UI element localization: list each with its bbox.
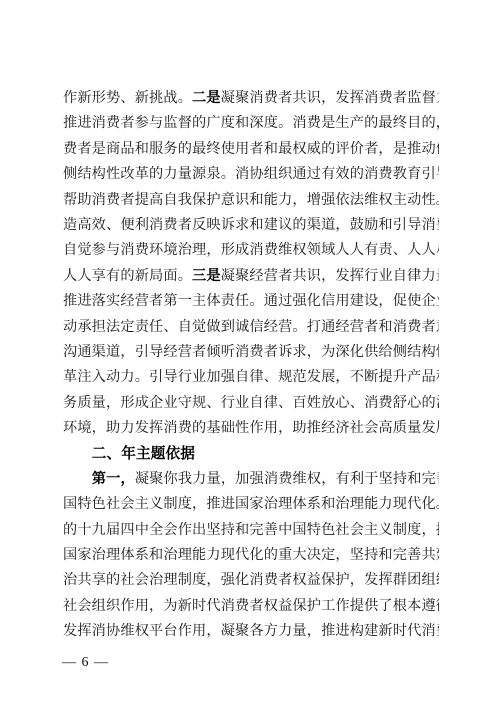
text-segment: 的十九届四中全会作出坚持和完善中国特色社会主义制度，推进 (63, 522, 439, 538)
text-line: 国特色社会主义制度，推进国家治理体系和治理能力现代化。党 (63, 492, 439, 517)
emphasis-text: 三是 (192, 268, 221, 284)
text-segment: 造高效、便利消费者反映诉求和建议的渠道，鼓励和引导消费者 (63, 217, 439, 233)
text-line: 环境，助力发挥消费的基础性作用，助推经济社会高质量发展。 (63, 416, 439, 441)
document-page: 作新形势、新挑战。二是凝聚消费者共识，发挥消费者监督力量，推进消费者参与监督的广… (0, 0, 500, 707)
text-segment: 人人享有的新局面。 (63, 268, 192, 284)
text-segment: 革注入动力。引导行业加强自律、规范发展，不断提升产品和服 (63, 369, 439, 385)
text-segment: 凝聚消费者共识，发挥消费者监督力量， (221, 90, 439, 106)
text-segment: 社会组织作用，为新时代消费者权益保护工作提供了根本遵循。 (63, 598, 439, 614)
text-line: 国家治理体系和治理能力现代化的重大决定，坚持和完善共建共 (63, 543, 439, 568)
text-segment: 务质量，形成企业守规、行业自律、百姓放心、消费舒心的消费 (63, 395, 439, 411)
text-line: 侧结构性改革的力量源泉。消协组织通过有效的消费教育引导， (63, 162, 439, 187)
text-segment: 自觉参与消费环境治理，形成消费维权领域人人有责、人人尽责、 (63, 242, 439, 258)
section-heading: 二、年主题依据 (63, 441, 439, 466)
text-line: 革注入动力。引导行业加强自律、规范发展，不断提升产品和服 (63, 365, 439, 390)
text-line: 造高效、便利消费者反映诉求和建议的渠道，鼓励和引导消费者 (63, 213, 439, 238)
emphasis-text: 二是 (192, 90, 221, 106)
text-segment: 沟通渠道，引导经营者倾听消费者诉求，为深化供给侧结构性改 (63, 344, 439, 360)
text-line: 帮助消费者提高自我保护意识和能力，增强依法维权主动性。打 (63, 188, 439, 213)
text-segment: 凝聚你我力量，加强消费维权，有利于坚持和完善中 (135, 471, 439, 487)
text-line: 治共享的社会治理制度，强化消费者权益保护，发挥群团组织、 (63, 568, 439, 593)
emphasis-text: 第一， (92, 471, 135, 487)
text-line: 推进消费者参与监督的广度和深度。消费是生产的最终目的，消 (63, 111, 439, 136)
text-line: 社会组织作用，为新时代消费者权益保护工作提供了根本遵循。 (63, 594, 439, 619)
text-line: 推进落实经营者第一主体责任。通过强化信用建设，促使企业主 (63, 289, 439, 314)
page-number: — 6 — (62, 655, 109, 671)
text-line: 发挥消协维权平台作用，凝聚各方力量，推进构建新时代消费维 (63, 619, 439, 644)
paragraph-continuation: 作新形势、新挑战。二是凝聚消费者共识，发挥消费者监督力量，推进消费者参与监督的广… (63, 86, 439, 441)
text-segment: 凝聚经营者共识，发挥行业自律力量， (221, 268, 439, 284)
text-line: 务质量，形成企业守规、行业自律、百姓放心、消费舒心的消费 (63, 391, 439, 416)
text-segment: 治共享的社会治理制度，强化消费者权益保护，发挥群团组织、 (63, 572, 439, 588)
text-line: 作新形势、新挑战。二是凝聚消费者共识，发挥消费者监督力量， (63, 86, 439, 111)
text-line: 的十九届四中全会作出坚持和完善中国特色社会主义制度，推进 (63, 518, 439, 543)
text-segment: 帮助消费者提高自我保护意识和能力，增强依法维权主动性。打 (63, 192, 439, 208)
text-line: 费者是商品和服务的最终使用者和最权威的评价者，是推动供给 (63, 137, 439, 162)
text-segment: 国家治理体系和治理能力现代化的重大决定，坚持和完善共建共 (63, 547, 439, 563)
text-line: 第一，凝聚你我力量，加强消费维权，有利于坚持和完善中 (63, 467, 439, 492)
text-segment: 动承担法定责任、自觉做到诚信经营。打通经营者和消费者意见 (63, 319, 439, 335)
body-text: 作新形势、新挑战。二是凝聚消费者共识，发挥消费者监督力量，推进消费者参与监督的广… (63, 86, 439, 645)
text-segment: 国特色社会主义制度，推进国家治理体系和治理能力现代化。党 (63, 496, 439, 512)
text-line: 沟通渠道，引导经营者倾听消费者诉求，为深化供给侧结构性改 (63, 340, 439, 365)
paragraph-first-basis: 第一，凝聚你我力量，加强消费维权，有利于坚持和完善中国特色社会主义制度，推进国家… (63, 467, 439, 645)
text-segment: 推进消费者参与监督的广度和深度。消费是生产的最终目的，消 (63, 115, 439, 131)
text-line: 动承担法定责任、自觉做到诚信经营。打通经营者和消费者意见 (63, 315, 439, 340)
text-segment: 侧结构性改革的力量源泉。消协组织通过有效的消费教育引导， (63, 166, 439, 182)
text-segment: 作新形势、新挑战。 (63, 90, 192, 106)
text-segment: 发挥消协维权平台作用，凝聚各方力量，推进构建新时代消费维 (63, 623, 439, 639)
text-segment: 费者是商品和服务的最终使用者和最权威的评价者，是推动供给 (63, 141, 439, 157)
text-segment: 环境，助力发挥消费的基础性作用，助推经济社会高质量发展。 (63, 420, 439, 436)
text-segment: 推进落实经营者第一主体责任。通过强化信用建设，促使企业主 (63, 293, 439, 309)
text-line: 人人享有的新局面。三是凝聚经营者共识，发挥行业自律力量， (63, 264, 439, 289)
text-line: 自觉参与消费环境治理，形成消费维权领域人人有责、人人尽责、 (63, 238, 439, 263)
